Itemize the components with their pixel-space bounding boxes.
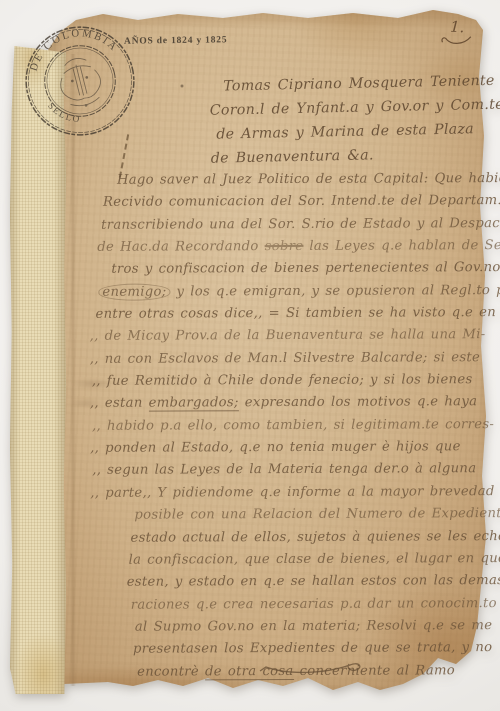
manuscript-line: posible con una Relacion del Numero de E… [88,503,488,527]
line-text: encontrè [137,664,205,679]
manuscript-line: entre otras cosas dice,, = Si tambien se… [87,302,487,326]
manuscript-line: tros y confiscacion de bienes pertenecie… [87,258,487,282]
manuscript-body: Hago saver al Juez Politico de esta Capi… [87,168,489,684]
manuscript-line: raciones q.e crea necesarias p.a dar un … [89,593,489,617]
manuscript-line: ,, segun las Leyes de la Materia tenga d… [88,459,488,483]
manuscript-line: esten, y estado en q.e se hallan estos c… [89,570,489,594]
line-text: y los q.e emigran, y se opusieron al Reg… [170,283,500,300]
manuscript-line: Recivido comunicacion del Sor. Intend.te… [87,190,487,214]
manuscript-line: ,, ponden al Estado, q.e no tenia muger … [88,436,488,460]
manuscript-line: ,, na con Esclavos de Man.l Silvestre Ba… [88,347,488,371]
manuscript-line: enemigo; y los q.e emigran, y se opusier… [87,280,487,304]
manuscript-line: ,, habido p.a ello, como tambien, si leg… [88,414,488,438]
svg-text:DE COLOMBIA: DE COLOMBIA [21,17,123,75]
scanned-manuscript: DE COLOMBIA SELLO AÑOS de 1824 y 1825 1. [8,6,494,706]
manuscript-line: Hago saver al Juez Politico de esta Capi… [87,168,487,192]
manuscript-line: de Hac.da Recordando sobre las Leyes q.e… [87,235,487,259]
underlined-word: embargados; [149,396,239,412]
manuscript-line: ,, parte,, Y pidiendome q.e informe a la… [88,481,488,505]
manuscript-line: transcribiendo una del Sor. S.rio de Est… [87,213,487,237]
page-number: 1. [439,17,474,48]
circled-word: enemigo; [98,283,170,300]
manuscript-line: estado actual de ellos, sujetos à quiene… [88,526,488,550]
line-text: las Leyes q.e hablan de Seques- [303,238,500,254]
official-seal-stamp: DE COLOMBIA SELLO [15,16,145,146]
document-heading: Tomas Cipriano Mosquera Teniente Coron.l… [207,69,477,171]
struck-word: sobre [265,239,304,254]
seal-top-text: DE COLOMBIA [21,17,123,75]
manuscript-line: ,, fue Remitido à Chile donde fenecio; y… [88,369,488,393]
line-text: de Hac.da Recordando [97,239,264,255]
page-number-value: 1. [450,18,465,37]
manuscript-line: la confiscacion, que clase de bienes, el… [89,548,489,572]
manuscript-line: al Supmo Gov.no en la materia; Resolvi q… [89,615,489,639]
seal-coat-of-arms [55,54,106,111]
line-text: ,, estan [90,396,149,411]
years-stamp: AÑOS de 1824 y 1825 [124,35,227,46]
closing-flourish [256,658,368,680]
line-text: expresando los motivos q.e haya [239,395,478,411]
manuscript-line: ,, estan embargados; expresando los moti… [88,392,488,416]
manuscript-line: ,, de Micay Prov.a de la Buenaventura se… [88,325,488,349]
